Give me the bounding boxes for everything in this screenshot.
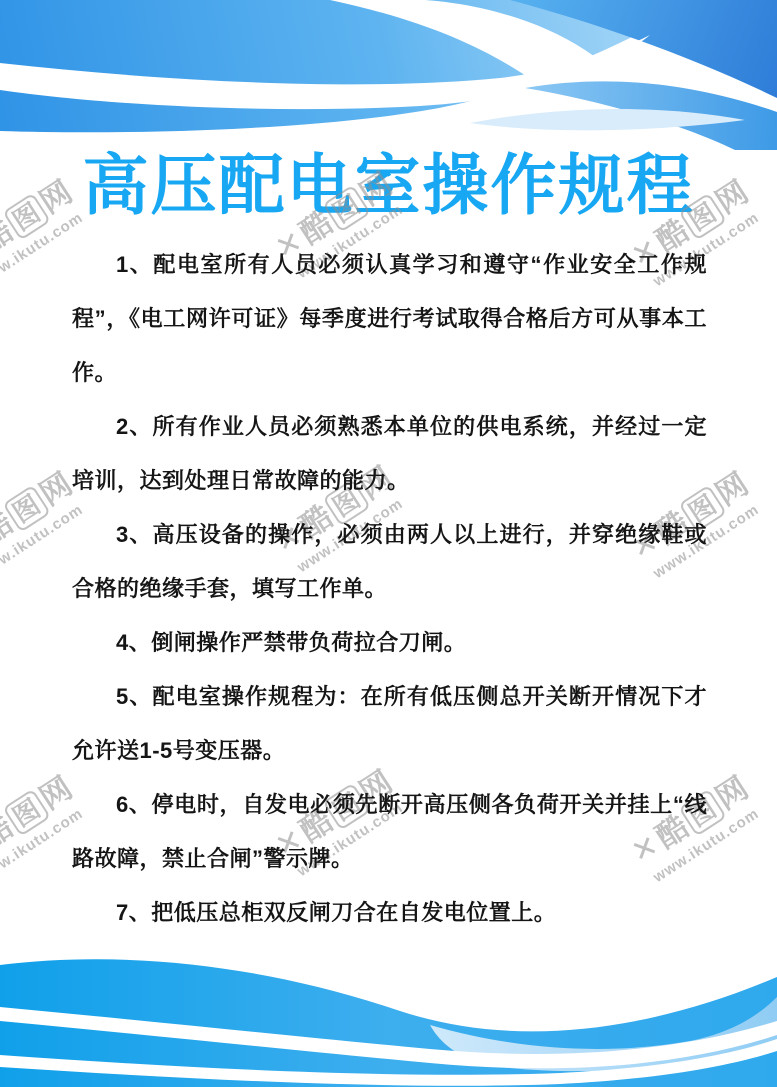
top-wave-decoration	[0, 0, 777, 150]
rule-item-5: 5、配电室操作规程为：在所有低压侧总开关断开情况下才允许送1-5号变压器。	[72, 670, 707, 778]
top-wave-graphic	[0, 0, 777, 150]
rule-item-3: 3、高压设备的操作，必须由两人以上进行，并穿绝缘鞋或合格的绝缘手套，填写工作单。	[72, 508, 707, 616]
rule-item-4: 4、倒闸操作严禁带负荷拉合刀闸。	[72, 616, 707, 670]
rule-item-1: 1、配电室所有人员必须认真学习和遵守“作业安全工作规程”，《电工网许可证》每季度…	[72, 238, 707, 400]
page-title: 高压配电室操作规程	[0, 138, 777, 232]
rule-item-6: 6、停电时，自发电必须先断开高压侧各负荷开关并挂上“线路故障，禁止合闸”警示牌。	[72, 778, 707, 886]
bottom-wave-graphic	[0, 947, 777, 1087]
rule-item-2: 2、所有作业人员必须熟悉本单位的供电系统，并经过一定培训，达到处理日常故障的能力…	[72, 400, 707, 508]
rule-item-7: 7、把低压总柜双反闸刀合在自发电位置上。	[72, 886, 707, 940]
rules-body: 1、配电室所有人员必须认真学习和遵守“作业安全工作规程”，《电工网许可证》每季度…	[0, 238, 777, 940]
bottom-wave-decoration	[0, 947, 777, 1087]
